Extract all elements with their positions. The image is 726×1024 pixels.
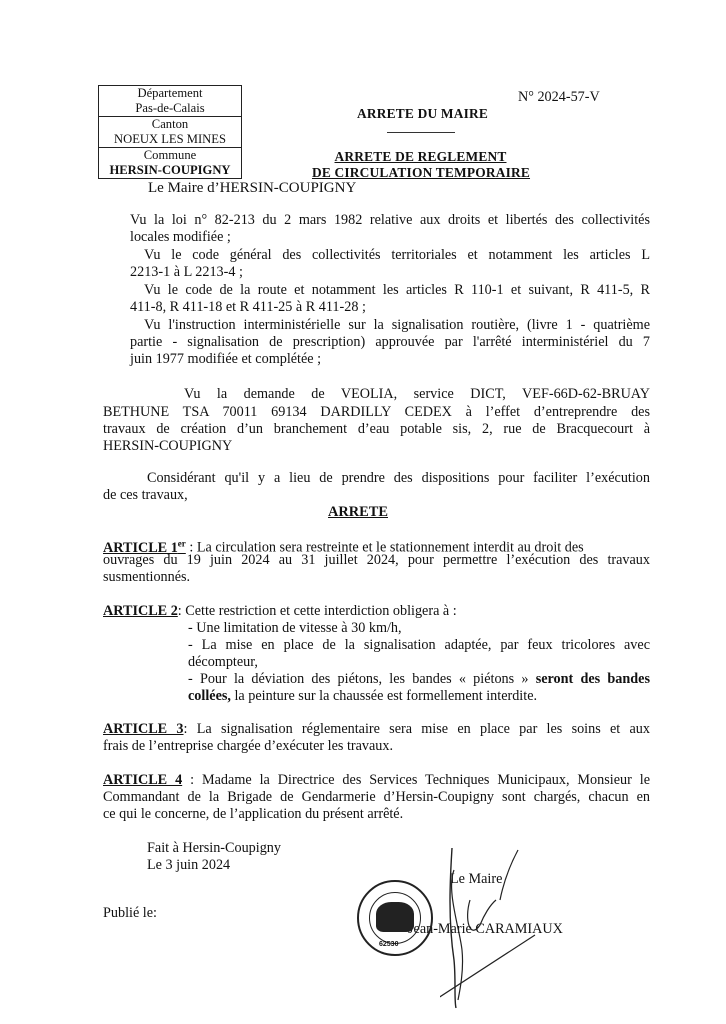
visa-4-line-3: juin 1977 modifiée et complétée ; <box>130 351 321 368</box>
signature-icon <box>440 840 550 1015</box>
article-4-line-2: Commandant de la Brigade de Gendarmerie … <box>103 789 650 806</box>
article-3-line-1: ARTICLE 3: La signalisation réglementair… <box>103 721 650 738</box>
canton-label: Canton <box>101 117 239 132</box>
article-3-label: ARTICLE 3 <box>103 721 184 737</box>
visa-2-line-2: 2213-1 à L 2213-4 ; <box>130 264 243 281</box>
article-2-intro: ARTICLE 2: Cette restriction et cette in… <box>103 603 457 620</box>
administrative-info-box: Département Pas-de-Calais Canton NOEUX L… <box>98 85 242 179</box>
stamp-postcode: 62530 <box>379 941 398 948</box>
canton-value: NOEUX LES MINES <box>101 132 239 147</box>
request-line-2: BETHUNE TSA 70011 69134 DARDILLY CEDEX à… <box>103 404 650 421</box>
date-signed: Le 3 juin 2024 <box>147 857 230 874</box>
commune-value: HERSIN-COUPIGNY <box>101 163 239 178</box>
department-label: Département <box>101 86 239 101</box>
document-subtitle-line2: DE CIRCULATION TEMPORAIRE <box>290 165 552 181</box>
request-line-4: HERSIN-COUPIGNY <box>103 438 232 455</box>
published-label: Publié le: <box>103 905 157 922</box>
visa-4-line-2: partie - signalisation de prescription) … <box>130 334 650 351</box>
commune-cell: Commune HERSIN-COUPIGNY <box>99 147 241 178</box>
decree-heading: ARRETE <box>328 504 388 521</box>
article-2-item-3-line-2: collées, la peinture sur la chaussée est… <box>188 688 537 705</box>
visa-1-line-2: locales modifiée ; <box>130 229 231 246</box>
document-title: ARRETE DU MAIRE <box>355 106 490 122</box>
article-3-line-2: frais de l’entreprise chargée d’exécuter… <box>103 738 393 755</box>
department-cell: Département Pas-de-Calais <box>99 86 241 116</box>
place-signed: Fait à Hersin-Coupigny <box>147 840 281 857</box>
article-2-item-2-line-2: décompteur, <box>188 654 258 671</box>
article-4-label: ARTICLE 4 <box>103 772 182 788</box>
commune-label: Commune <box>101 148 239 163</box>
visa-3-line-1: Vu le code de la route et notamment les … <box>144 282 650 299</box>
article-2-label: ARTICLE 2 <box>103 603 178 619</box>
article-4-line-3: ce qui le concerne, de l’application du … <box>103 806 403 823</box>
request-line-3: travaux de création d’un branchement d’e… <box>103 421 650 438</box>
title-separator <box>387 132 455 133</box>
visa-2-line-1: Vu le code général des collectivités ter… <box>144 247 650 264</box>
considering-line-2: de ces travaux, <box>103 487 188 504</box>
official-stamp: 62530 <box>357 880 433 956</box>
article-1-line-2: ouvrages du 19 juin 2024 au 31 juillet 2… <box>103 552 650 569</box>
visa-3-line-2: 411-8, R 411-18 et R 411-25 à R 411-28 ; <box>130 299 366 316</box>
document-subtitle-line1: ARRETE DE REGLEMENT <box>318 149 523 165</box>
canton-cell: Canton NOEUX LES MINES <box>99 116 241 147</box>
article-1-line-3: susmentionnés. <box>103 569 190 586</box>
visa-1-line-1: Vu la loi n° 82-213 du 2 mars 1982 relat… <box>130 212 650 229</box>
request-line-1: Vu la demande de VEOLIA, service DICT, V… <box>184 386 650 403</box>
article-2-item-1: - Une limitation de vitesse à 30 km/h, <box>188 620 402 637</box>
decree-number: N° 2024-57-V <box>518 89 600 106</box>
article-4-line-1: ARTICLE 4 : Madame la Directrice des Ser… <box>103 772 650 789</box>
visa-4-line-1: Vu l'instruction interministérielle sur … <box>144 317 650 334</box>
article-2-item-3-line-1: - Pour la déviation des piétons, les ban… <box>188 671 650 688</box>
department-value: Pas-de-Calais <box>101 101 239 116</box>
article-2-item-2-line-1: - La mise en place de la signalisation a… <box>188 637 650 654</box>
issuing-authority: Le Maire d’HERSIN-COUPIGNY <box>148 180 356 197</box>
considering-line-1: Considérant qu'il y a lieu de prendre de… <box>147 470 650 487</box>
stamp-church-emblem <box>376 902 414 932</box>
